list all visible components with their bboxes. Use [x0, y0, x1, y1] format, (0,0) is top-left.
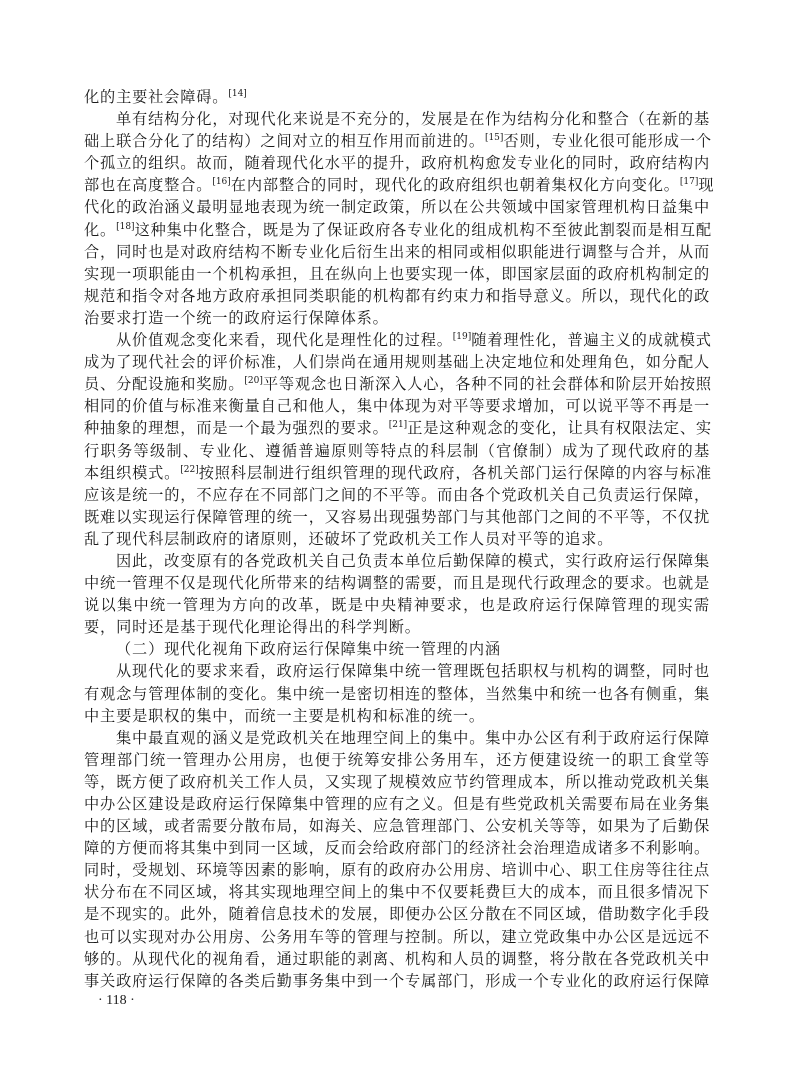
text-line: 化的主要社会障碍。[14] [84, 86, 710, 108]
paragraph: 化的主要社会障碍。[14] [84, 86, 710, 108]
text-run: 代化的政治涵义最明显地表现为统一制定政策，所以在公共领域中国家管理机构日益集中 [84, 198, 710, 216]
text-run: 部也在高度整合。 [84, 176, 212, 194]
text-line: 个孤立的组织。故而，随着现代化水平的提升，政府机构愈发专业化的同时，政府结构内 [84, 152, 710, 174]
text-run: 状分布在不同区域，将其实现地理空间上的集中不仅要耗费巨大的成本，而且很多情况下 [84, 883, 710, 901]
citation-ref[interactable]: [22] [180, 465, 198, 475]
text-line: 事关政府运行保障的各类后勤事务集中到一个专属部门，形成一个专业化的政府运行保障 [84, 970, 710, 992]
text-line: 行职务等级制、专业化、遵循普遍原则等特点的科层制（官僚制）成为了现代政府的基 [84, 440, 710, 462]
paragraph: 从价值观念变化来看，现代化是理性化的过程。[19]随着理性化，普遍主义的成就模式… [84, 329, 710, 550]
text-run: 正是这种观念的变化，让具有权限法定、实 [407, 419, 712, 437]
text-run: 现 [698, 176, 714, 194]
text-run: 实现一项职能由一个机构承担，且在纵向上也要实现一体，即国家层面的政府机构制定的 [84, 265, 710, 283]
text-run: 应该是统一的，不应存在不同部门之间的不平等。而由各个党政机关自己负责运行保障， [84, 486, 710, 504]
text-run: 化的主要社会障碍。 [84, 88, 228, 106]
text-run: 障的方便而将其集中到同一区域，反而会给政府部门的经济社会治理造成诸多不利影响。 [84, 839, 710, 857]
text-run: 中主要是职权的集中，而统一主要是机构和标准的统一。 [84, 707, 485, 725]
text-run: 事关政府运行保障的各类后勤事务集中到一个专属部门，形成一个专业化的政府运行保障 [84, 972, 710, 990]
text-run: 管理部门统一管理办公用房，也便于统筹安排公务用车，还方便建设统一的职工食堂等 [84, 751, 710, 769]
text-line: 应该是统一的，不应存在不同部门之间的不平等。而由各个党政机关自己负责运行保障， [84, 484, 710, 506]
text-line: 也可以实现对办公用房、公务用车等的管理与控制。所以，建立党政集中办公区是远远不 [84, 926, 710, 948]
text-run: 合，同时也是对政府结构不断专业化后衍生出来的相同或相似职能进行调整与合并，从而 [84, 243, 710, 261]
text-run: 中办公区建设是政府运行保障集中管理的应有之义。但是有些党政机关需要布局在业务集 [84, 795, 710, 813]
citation-ref[interactable]: [17] [680, 177, 698, 187]
text-line: 单有结构分化，对现代化来说是不充分的，发展是在作为结构分化和整合（在新的基 [84, 108, 710, 130]
text-run: 础上联合分化了的结构）之间对立的相互作用而前进的。 [84, 132, 485, 150]
text-run: 有观念与管理体制的变化。集中统一是密切相连的整体，当然集中和统一也各有侧重，集 [84, 685, 710, 703]
text-run: 够的。从现代化的视角看，通过职能的剥离、机构和人员的调整，将分散在各党政机关中 [84, 950, 710, 968]
text-run: 是不现实的。此外，随着信息技术的发展，即便办公区分散在不同区域，借助数字化手段 [84, 905, 710, 923]
text-line: 要，同时还是基于现代化理论得出的科学判断。 [84, 616, 710, 638]
text-run: 相同的价值与标准来衡量自己和他人，集中体现为对平等要求增加，可以说平等不再是一 [84, 397, 710, 415]
text-line: 员、分配设施和奖励。[20]平等观念也日渐深入人心，各种不同的社会群体和阶层开始… [84, 373, 710, 395]
text-run: 等，既方便了政府机关工作人员，又实现了规模效应节约管理成本，所以推动党政机关集 [84, 773, 710, 791]
text-run: 否则，专业化很可能形成一个 [503, 132, 712, 150]
text-run: 在内部整合的同时，现代化的政府组织也朝着集权化方向变化。 [231, 176, 680, 194]
text-run: 员、分配设施和奖励。 [84, 375, 244, 393]
text-run: 从价值观念变化来看，现代化是理性化的过程。 [116, 331, 453, 349]
text-line: 有观念与管理体制的变化。集中统一是密切相连的整体，当然集中和统一也各有侧重，集 [84, 683, 710, 705]
text-line: 中主要是职权的集中，而统一主要是机构和标准的统一。 [84, 705, 710, 727]
text-line: 实现一项职能由一个机构承担，且在纵向上也要实现一体，即国家层面的政府机构制定的 [84, 263, 710, 285]
text-line: 等，既方便了政府机关工作人员，又实现了规模效应节约管理成本，所以推动党政机关集 [84, 771, 710, 793]
text-line: （二）现代化视角下政府运行保障集中统一管理的内涵 [84, 638, 710, 660]
citation-ref[interactable]: [19] [453, 332, 471, 342]
text-run: 这种集中化整合，既是为了保证政府各专业化的组成机构不至彼此割裂而是相互配 [135, 221, 712, 239]
text-line: 化。[18]这种集中化整合，既是为了保证政府各专业化的组成机构不至彼此割裂而是相… [84, 219, 710, 241]
text-run: 治要求打造一个统一的政府运行保障体系。 [84, 309, 389, 327]
text-line: 同时，受规划、环境等因素的影响，原有的政府办公用房、培训中心、职工住房等往往点 [84, 859, 710, 881]
text-run: 成为了现代社会的评价标准，人们崇尚在通用规则基础上决定地位和处理角色，如分配人 [84, 353, 710, 371]
text-run: 规范和指令对各地方政府承担同类职能的机构都有约束力和指导意义。所以，现代化的政 [84, 287, 710, 305]
text-line: 规范和指令对各地方政府承担同类职能的机构都有约束力和指导意义。所以，现代化的政 [84, 285, 710, 307]
text-run: 要，同时还是基于现代化理论得出的科学判断。 [84, 618, 421, 636]
text-run: 单有结构分化，对现代化来说是不充分的，发展是在作为结构分化和整合（在新的基 [116, 110, 710, 128]
text-run: 平等观念也日渐深入人心，各种不同的社会群体和阶层开始按照 [263, 375, 712, 393]
paragraph: 单有结构分化，对现代化来说是不充分的，发展是在作为结构分化和整合（在新的基础上联… [84, 108, 710, 329]
text-run: 说以集中统一管理为方向的改革，既是中央精神要求，也是政府运行保障管理的现实需 [84, 596, 710, 614]
article-body: 化的主要社会障碍。[14]单有结构分化，对现代化来说是不充分的，发展是在作为结构… [84, 86, 710, 992]
text-line: 是不现实的。此外，随着信息技术的发展，即便办公区分散在不同区域，借助数字化手段 [84, 903, 710, 925]
text-line: 从现代化的要求来看，政府运行保障集中统一管理既包括职权与机构的调整，同时也 [84, 660, 710, 682]
text-run: 集中最直观的涵义是党政机关在地理空间上的集中。集中办公区有利于政府运行保障 [116, 729, 710, 747]
text-line: 管理部门统一管理办公用房，也便于统筹安排公务用车，还方便建设统一的职工食堂等 [84, 749, 710, 771]
text-run: 中统一管理不仅是现代化所带来的结构调整的需要，而且是现代行政理念的要求。也就是 [84, 574, 710, 592]
text-run: 种抽象的理想，而是一个最为强烈的要求。 [84, 419, 389, 437]
text-run: 乱了现代科层制政府的诸原则，还破坏了党政机关工作人员对平等的追求。 [84, 530, 613, 548]
text-line: 合，同时也是对政府结构不断专业化后衍生出来的相同或相似职能进行调整与合并，从而 [84, 241, 710, 263]
text-line: 从价值观念变化来看，现代化是理性化的过程。[19]随着理性化，普遍主义的成就模式 [84, 329, 710, 351]
citation-ref[interactable]: [20] [244, 376, 262, 386]
page-number: · 118 · [98, 993, 135, 1009]
text-line: 本组织模式。[22]按照科层制进行组织管理的现代政府，各机关部门运行保障的内容与… [84, 462, 710, 484]
text-run: （二）现代化视角下政府运行保障集中统一管理的内涵 [116, 640, 501, 658]
text-line: 础上联合分化了的结构）之间对立的相互作用而前进的。[15]否则，专业化很可能形成… [84, 130, 710, 152]
text-run: 同时，受规划、环境等因素的影响，原有的政府办公用房、培训中心、职工住房等往往点 [84, 861, 710, 879]
text-run: 个孤立的组织。故而，随着现代化水平的提升，政府机构愈发专业化的同时，政府结构内 [84, 154, 710, 172]
text-run: 本组织模式。 [84, 464, 180, 482]
text-run: 因此，改变原有的各党政机关自己负责本单位后勤保障的模式，实行政府运行保障集 [116, 552, 710, 570]
text-line: 代化的政治涵义最明显地表现为统一制定政策，所以在公共领域中国家管理机构日益集中 [84, 196, 710, 218]
text-line: 成为了现代社会的评价标准，人们崇尚在通用规则基础上决定地位和处理角色，如分配人 [84, 351, 710, 373]
text-line: 够的。从现代化的视角看，通过职能的剥离、机构和人员的调整，将分散在各党政机关中 [84, 948, 710, 970]
text-line: 既难以实现运行保障管理的统一，又容易出现强势部门与其他部门之间的不平等，不仅扰 [84, 506, 710, 528]
citation-ref[interactable]: [18] [116, 222, 134, 232]
text-run: 行职务等级制、专业化、遵循普遍原则等特点的科层制（官僚制）成为了现代政府的基 [84, 442, 710, 460]
text-line: 中办公区建设是政府运行保障集中管理的应有之义。但是有些党政机关需要布局在业务集 [84, 793, 710, 815]
citation-ref[interactable]: [21] [389, 420, 407, 430]
citation-ref[interactable]: [16] [212, 177, 230, 187]
text-run: 化。 [84, 221, 116, 239]
text-line: 说以集中统一管理为方向的改革，既是中央精神要求，也是政府运行保障管理的现实需 [84, 594, 710, 616]
text-line: 相同的价值与标准来衡量自己和他人，集中体现为对平等要求增加，可以说平等不再是一 [84, 395, 710, 417]
paragraph: 从现代化的要求来看，政府运行保障集中统一管理既包括职权与机构的调整，同时也有观念… [84, 660, 710, 726]
section-heading: （二）现代化视角下政府运行保障集中统一管理的内涵 [84, 638, 710, 660]
text-run: 也可以实现对办公用房、公务用车等的管理与控制。所以，建立党政集中办公区是远远不 [84, 928, 710, 946]
citation-ref[interactable]: [14] [228, 89, 246, 99]
text-line: 部也在高度整合。[16]在内部整合的同时，现代化的政府组织也朝着集权化方向变化。… [84, 174, 710, 196]
text-line: 障的方便而将其集中到同一区域，反而会给政府部门的经济社会治理造成诸多不利影响。 [84, 837, 710, 859]
paragraph: 集中最直观的涵义是党政机关在地理空间上的集中。集中办公区有利于政府运行保障管理部… [84, 727, 710, 992]
text-line: 集中最直观的涵义是党政机关在地理空间上的集中。集中办公区有利于政府运行保障 [84, 727, 710, 749]
text-run: 既难以实现运行保障管理的统一，又容易出现强势部门与其他部门之间的不平等，不仅扰 [84, 508, 710, 526]
paragraph: 因此，改变原有的各党政机关自己负责本单位后勤保障的模式，实行政府运行保障集中统一… [84, 550, 710, 638]
text-line: 乱了现代科层制政府的诸原则，还破坏了党政机关工作人员对平等的追求。 [84, 528, 710, 550]
text-run: 按照科层制进行组织管理的现代政府，各机关部门运行保障的内容与标准 [199, 464, 712, 482]
text-run: 从现代化的要求来看，政府运行保障集中统一管理既包括职权与机构的调整，同时也 [116, 662, 710, 680]
text-line: 种抽象的理想，而是一个最为强烈的要求。[21]正是这种观念的变化，让具有权限法定… [84, 417, 710, 439]
text-run: 随着理性化，普遍主义的成就模式 [471, 331, 712, 349]
text-line: 治要求打造一个统一的政府运行保障体系。 [84, 307, 710, 329]
text-line: 状分布在不同区域，将其实现地理空间上的集中不仅要耗费巨大的成本，而且很多情况下 [84, 881, 710, 903]
text-run: 中的区域，或者需要分散布局，如海关、应急管理部门、公安机关等等，如果为了后勤保 [84, 817, 710, 835]
text-line: 中统一管理不仅是现代化所带来的结构调整的需要，而且是现代行政理念的要求。也就是 [84, 572, 710, 594]
text-line: 中的区域，或者需要分散布局，如海关、应急管理部门、公安机关等等，如果为了后勤保 [84, 815, 710, 837]
citation-ref[interactable]: [15] [485, 133, 503, 143]
text-line: 因此，改变原有的各党政机关自己负责本单位后勤保障的模式，实行政府运行保障集 [84, 550, 710, 572]
